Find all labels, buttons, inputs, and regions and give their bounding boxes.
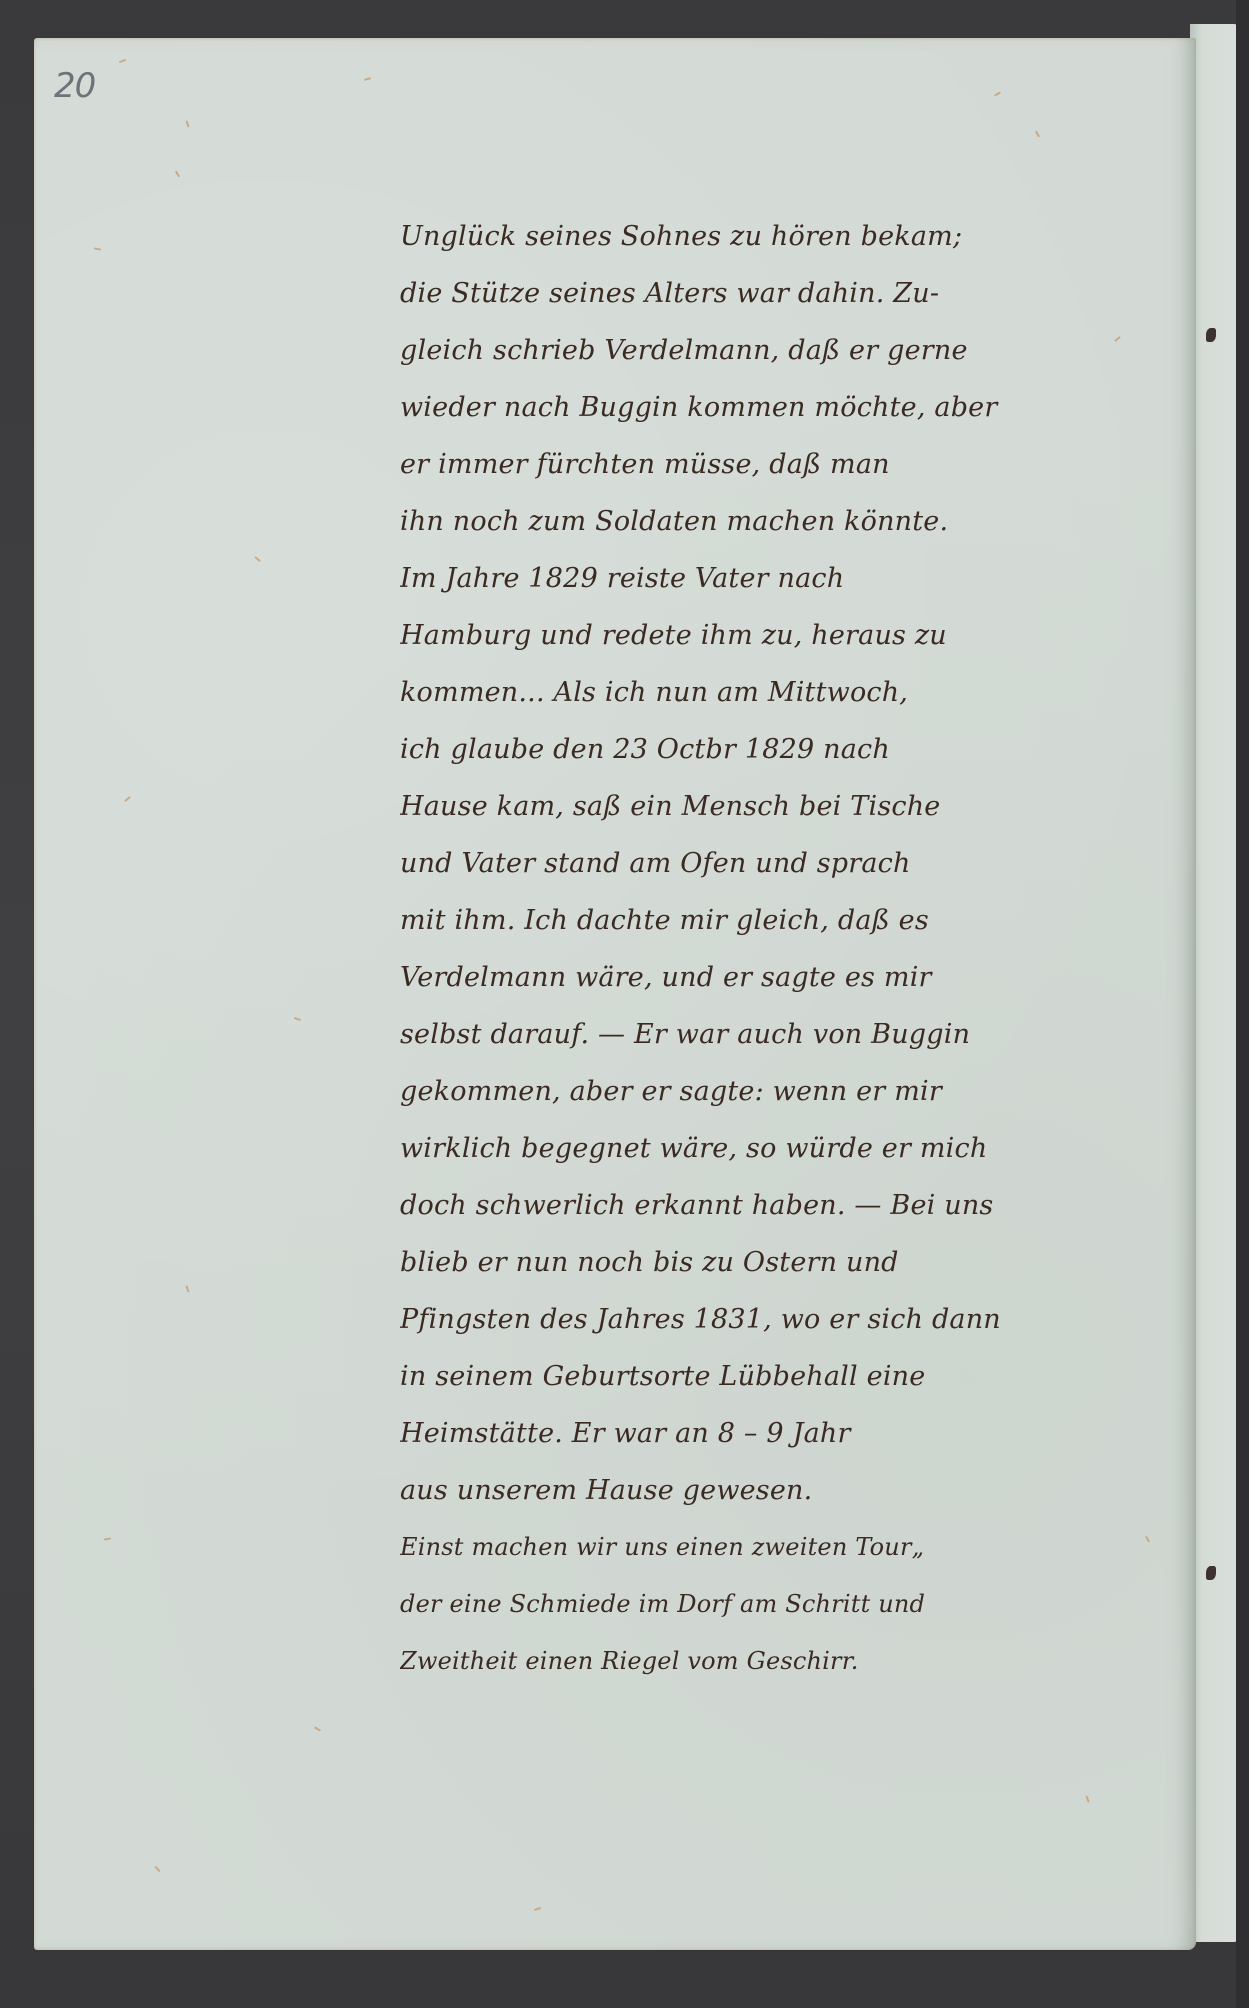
paper-fleck (254, 556, 261, 562)
text-line: selbst darauf. — Er war auch von Buggin (400, 1006, 1170, 1063)
paper-fleck (124, 796, 131, 802)
text-line: Zweitheit einen Riegel vom Geschirr. (400, 1633, 1170, 1690)
text-line: wieder nach Buggin kommen möchte, aber (400, 379, 1170, 436)
ink-mark (1206, 1566, 1216, 1580)
text-line: blieb er nun noch bis zu Ostern und (400, 1234, 1170, 1291)
paper-fleck (1085, 1795, 1089, 1802)
ink-mark (1206, 328, 1216, 342)
text-line: kommen... Als ich nun am Mittwoch, (400, 664, 1170, 721)
text-line: und Vater stand am Ofen und sprach (400, 835, 1170, 892)
manuscript-page: 20 Unglück seines Sohnes zu hören bekam;… (34, 38, 1196, 1950)
text-line: der eine Schmiede im Dorf am Schritt und (400, 1576, 1170, 1633)
paper-fleck (94, 247, 101, 250)
text-line: gleich schrieb Verdelmann, daß er gerne (400, 322, 1170, 379)
text-line: Einst machen wir uns einen zweiten Tour„ (400, 1519, 1170, 1576)
text-line: ihn noch zum Soldaten machen könnte. (400, 493, 1170, 550)
paper-fleck (294, 1017, 301, 1021)
text-line: die Stütze seines Alters war dahin. Zu- (400, 265, 1170, 322)
paper-fleck (185, 120, 189, 127)
paper-fleck (185, 1285, 189, 1292)
text-line: er immer fürchten müsse, daß man (400, 436, 1170, 493)
paper-fleck (154, 1866, 160, 1873)
text-line: in seinem Geburtsorte Lübbehall eine (400, 1348, 1170, 1405)
paper-fleck (364, 77, 371, 81)
text-line: Heimstätte. Er war an 8 – 9 Jahr (400, 1405, 1170, 1462)
paper-fleck (314, 1726, 321, 1731)
binding-strip (1236, 0, 1249, 2008)
paper-fleck (534, 1907, 541, 1911)
text-line: gekommen, aber er sagte: wenn er mir (400, 1063, 1170, 1120)
page-number: 20 (54, 66, 95, 106)
text-line: Im Jahre 1829 reiste Vater nach (400, 550, 1170, 607)
handwritten-text-block: Unglück seines Sohnes zu hören bekam; di… (400, 208, 1170, 1690)
text-line: wirklich begegnet wäre, so würde er mich (400, 1120, 1170, 1177)
paper-fleck (994, 91, 1001, 96)
paper-fleck (119, 59, 126, 63)
text-line: Unglück seines Sohnes zu hören bekam; (400, 208, 1170, 265)
next-page-edge (1190, 24, 1238, 1942)
text-line: doch schwerlich erkannt haben. — Bei uns (400, 1177, 1170, 1234)
paper-fleck (1035, 130, 1040, 137)
text-line: Verdelmann wäre, und er sagte es mir (400, 949, 1170, 1006)
text-line: mit ihm. Ich dachte mir gleich, daß es (400, 892, 1170, 949)
text-line: aus unserem Hause gewesen. (400, 1462, 1170, 1519)
paper-fleck (175, 170, 180, 177)
text-line: ich glaube den 23 Octbr 1829 nach (400, 721, 1170, 778)
text-line: Pfingsten des Jahres 1831, wo er sich da… (400, 1291, 1170, 1348)
text-line: Hause kam, saß ein Mensch bei Tische (400, 778, 1170, 835)
paper-fleck (104, 1537, 111, 1540)
text-line: Hamburg und redete ihm zu, heraus zu (400, 607, 1170, 664)
